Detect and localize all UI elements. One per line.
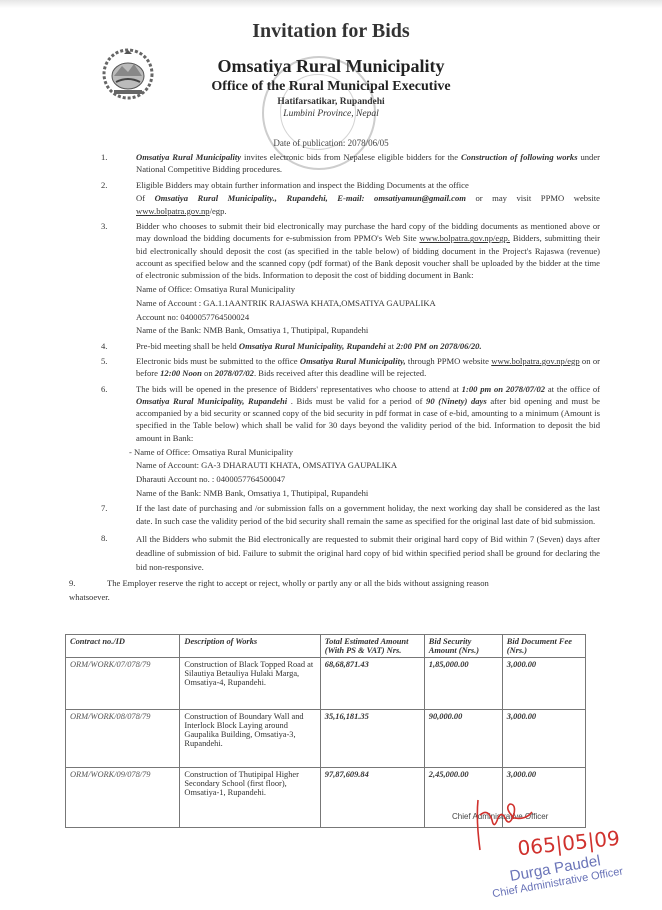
bank-office: Name of Office: Omsatiya Rural Municipal…: [136, 283, 600, 295]
clauses-list: 1. Omsatiya Rural Municipality invites e…: [95, 151, 600, 606]
deposit-account-no: Dharauti Account no. : 0400057764500047: [136, 473, 600, 485]
deposit-office: - Name of Office: Omsatiya Rural Municip…: [129, 446, 600, 458]
table-row: ORM/WORK/07/078/79 Construction of Black…: [66, 658, 586, 710]
document-title: Invitation for Bids: [0, 20, 662, 43]
clause-9: 9.The Employer reserve the right to acce…: [95, 577, 600, 603]
page-top-edge: [0, 0, 662, 8]
bank-name: Name of the Bank: NMB Bank, Omsatiya 1, …: [136, 324, 600, 336]
ppmo-link[interactable]: www.bolpatra.gov.np/egp: [491, 356, 579, 366]
col-security: Bid Security Amount (Nrs.): [424, 635, 502, 658]
clause-3: 3. Bidder who chooses to submit their bi…: [95, 220, 600, 337]
table-header-row: Contract no./ID Description of Works Tot…: [66, 635, 586, 658]
bank-account-name: Name of Account : GA.1.1AANTRIK RAJASWA …: [136, 297, 600, 309]
deposit-account-name: Name of Account: GA-3 DHARAUTI KHATA, OM…: [136, 459, 600, 471]
col-contract-id: Contract no./ID: [66, 635, 180, 658]
clause-5: 5. Electronic bids must be submitted to …: [95, 355, 600, 380]
clause-6: 6. The bids will be opened in the presen…: [95, 383, 600, 500]
bank-account-no: Account no: 0400057764500024: [136, 311, 600, 323]
col-description: Description of Works: [180, 635, 320, 658]
clause-7: 7. If the last date of purchasing and /o…: [95, 502, 600, 527]
ppmo-link[interactable]: www.bolpatra.gov.np: [136, 206, 210, 216]
ppmo-link[interactable]: www.bolpatra.gov.np/egp.: [419, 233, 510, 243]
deposit-bank-name: Name of the Bank: NMB Bank, Omsatiya 1, …: [136, 487, 600, 499]
clause-4: 4. Pre-bid meeting shall be held Omsatiy…: [95, 340, 600, 352]
col-fee: Bid Document Fee (Nrs.): [502, 635, 585, 658]
clause-8: 8. All the Bidders who submit the Bid el…: [95, 532, 600, 574]
clause-1: 1. Omsatiya Rural Municipality invites e…: [95, 151, 600, 176]
clause-2: 2. Eligible Bidders may obtain further i…: [95, 179, 600, 217]
col-estimate: Total Estimated Amount (With PS & VAT) N…: [320, 635, 424, 658]
table-row: ORM/WORK/08/078/79 Construction of Bound…: [66, 710, 586, 768]
